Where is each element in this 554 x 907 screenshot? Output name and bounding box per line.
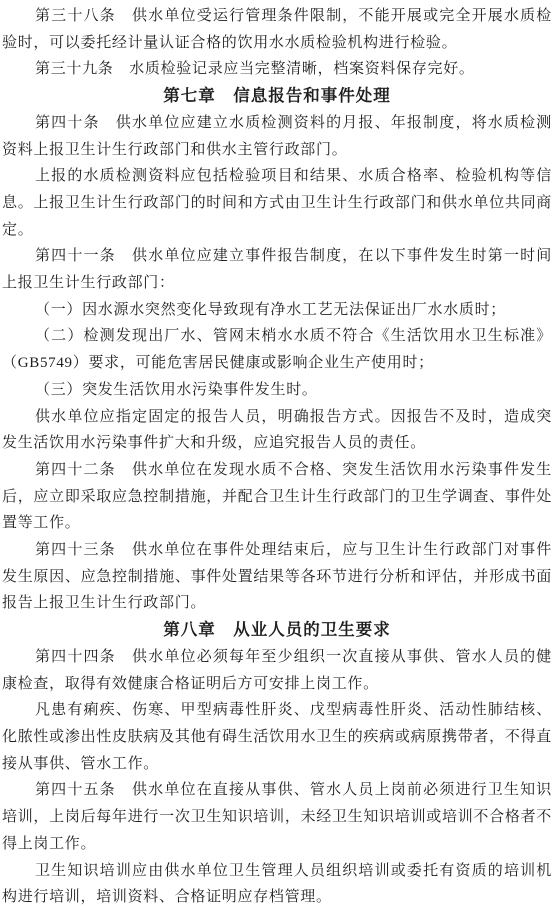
document-paragraph: （一）因水源水突然变化导致现有净水工艺无法保证出厂水水质时； <box>2 297 552 324</box>
document-paragraph: 第四十条 供水单位应建立水质检测资料的月报、年报制度，将水质检测资料上报卫生计生… <box>2 110 552 163</box>
document-paragraph: 第三十九条 水质检验记录应当完整清晰，档案资料保存完好。 <box>2 56 552 83</box>
chapter-heading: 第八章 从业人员的卫生要求 <box>2 617 552 644</box>
document-paragraph: 上报的水质检测资料应包括检验项目和结果、水质合格率、检验机构等信息。上报卫生计生… <box>2 163 552 243</box>
document-paragraph: 第四十一条 供水单位应建立事件报告制度，在以下事件发生时第一时间上报卫生计生行政… <box>2 243 552 296</box>
document-page: 第三十八条 供水单位受运行管理条件限制，不能开展或完全开展水质检验时，可以委托经… <box>0 0 554 907</box>
chapter-heading: 第七章 信息报告和事件处理 <box>2 83 552 110</box>
document-paragraph: 卫生知识培训应由供水单位卫生管理人员组织培训或委托有资质的培训机构进行培训，培训… <box>2 858 552 907</box>
document-paragraph: （二）检测发现出厂水、管网末梢水水质不符合《生活饮用水卫生标准》（GB5749）… <box>2 323 552 376</box>
document-paragraph: 第四十四条 供水单位必须每年至少组织一次直接从事供、管水人员的健康检查，取得有效… <box>2 644 552 697</box>
document-paragraph: （三）突发生活饮用水污染事件发生时。 <box>2 377 552 404</box>
document-paragraph: 凡患有痢疾、伤寒、甲型病毒性肝炎、戊型病毒性肝炎、活动性肺结核、化脓性或渗出性皮… <box>2 697 552 777</box>
document-paragraph: 第四十三条 供水单位在事件处理结束后，应与卫生计生行政部门对事件发生原因、应急控… <box>2 537 552 617</box>
document-paragraph: 供水单位应指定固定的报告人员，明确报告方式。因报告不及时，造成突发生活饮用水污染… <box>2 404 552 457</box>
document-paragraph: 第四十二条 供水单位在发现水质不合格、突发生活饮用水污染事件发生后，应立即采取应… <box>2 457 552 537</box>
document-paragraph: 第三十八条 供水单位受运行管理条件限制，不能开展或完全开展水质检验时，可以委托经… <box>2 3 552 56</box>
document-paragraph: 第四十五条 供水单位在直接从事供、管水人员上岗前必须进行卫生知识培训，上岗后每年… <box>2 777 552 857</box>
